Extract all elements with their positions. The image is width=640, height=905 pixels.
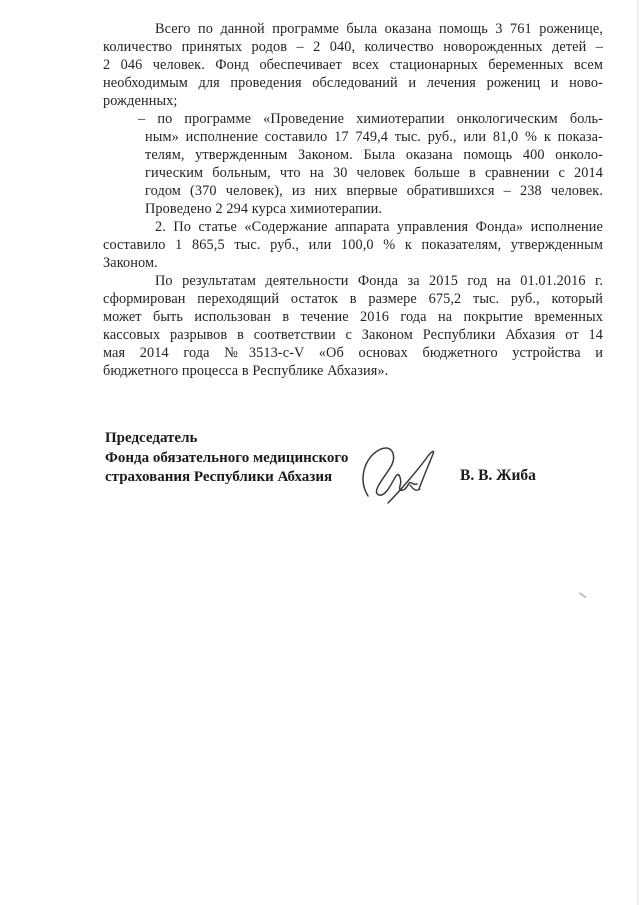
text-line: гическим больным, что на 30 человек боль… (145, 164, 603, 182)
text-line: По результатам деятельности Фонда за 201… (103, 272, 603, 290)
text-line: – по программе «Проведение химиотерапии … (145, 110, 603, 128)
text-line: телям, утвержденным Законом. Была оказан… (145, 146, 603, 164)
text-line: годом (370 человек), из них впервые обра… (145, 182, 603, 200)
text-line: мая 2014 года №3513-с-V «Об основах бюдж… (103, 344, 603, 362)
signature (350, 442, 445, 510)
paragraph: – по программе «Проведение химиотерапии … (145, 110, 603, 218)
paragraph: Всего по данной программе была оказана п… (103, 20, 603, 110)
paragraph: 2. По статье «Содержание аппарата управл… (103, 218, 603, 272)
text-line: кассовых разрывов в соответствии с Закон… (103, 326, 603, 344)
text-line: Проведено 2 294 курса химиотерапии. (145, 200, 603, 218)
signer-name: В. В. Жиба (460, 466, 536, 485)
text-line: количество принятых родов – 2 040, колич… (103, 38, 603, 56)
paragraph: По результатам деятельности Фонда за 201… (103, 272, 603, 380)
text-line: Всего по данной программе была оказана п… (103, 20, 603, 38)
text-line: может быть использован в течение 2016 го… (103, 308, 603, 326)
text-line: рожденных; (103, 92, 603, 110)
page-edge-scan-line (637, 0, 639, 905)
scan-speck-artifact (577, 592, 586, 601)
text-line: необходимым для проведения обследований … (103, 74, 603, 92)
text-line: 2. По статье «Содержание аппарата управл… (103, 218, 603, 236)
text-line: бюджетного процесса в Республике Абхазия… (103, 362, 603, 380)
text-line: сформирован переходящий остаток в размер… (103, 290, 603, 308)
text-line: 2 046 человек. Фонд обеспечивает всех ст… (103, 56, 603, 74)
text-line: ным» исполнение составило 17 749,4 тыс. … (145, 128, 603, 146)
text-line: Законом. (103, 254, 603, 272)
document-body: Всего по данной программе была оказана п… (103, 20, 603, 380)
document-page: Всего по данной программе была оказана п… (0, 0, 640, 905)
text-line: составило 1 865,5 тыс. руб., или 100,0 %… (103, 236, 603, 254)
